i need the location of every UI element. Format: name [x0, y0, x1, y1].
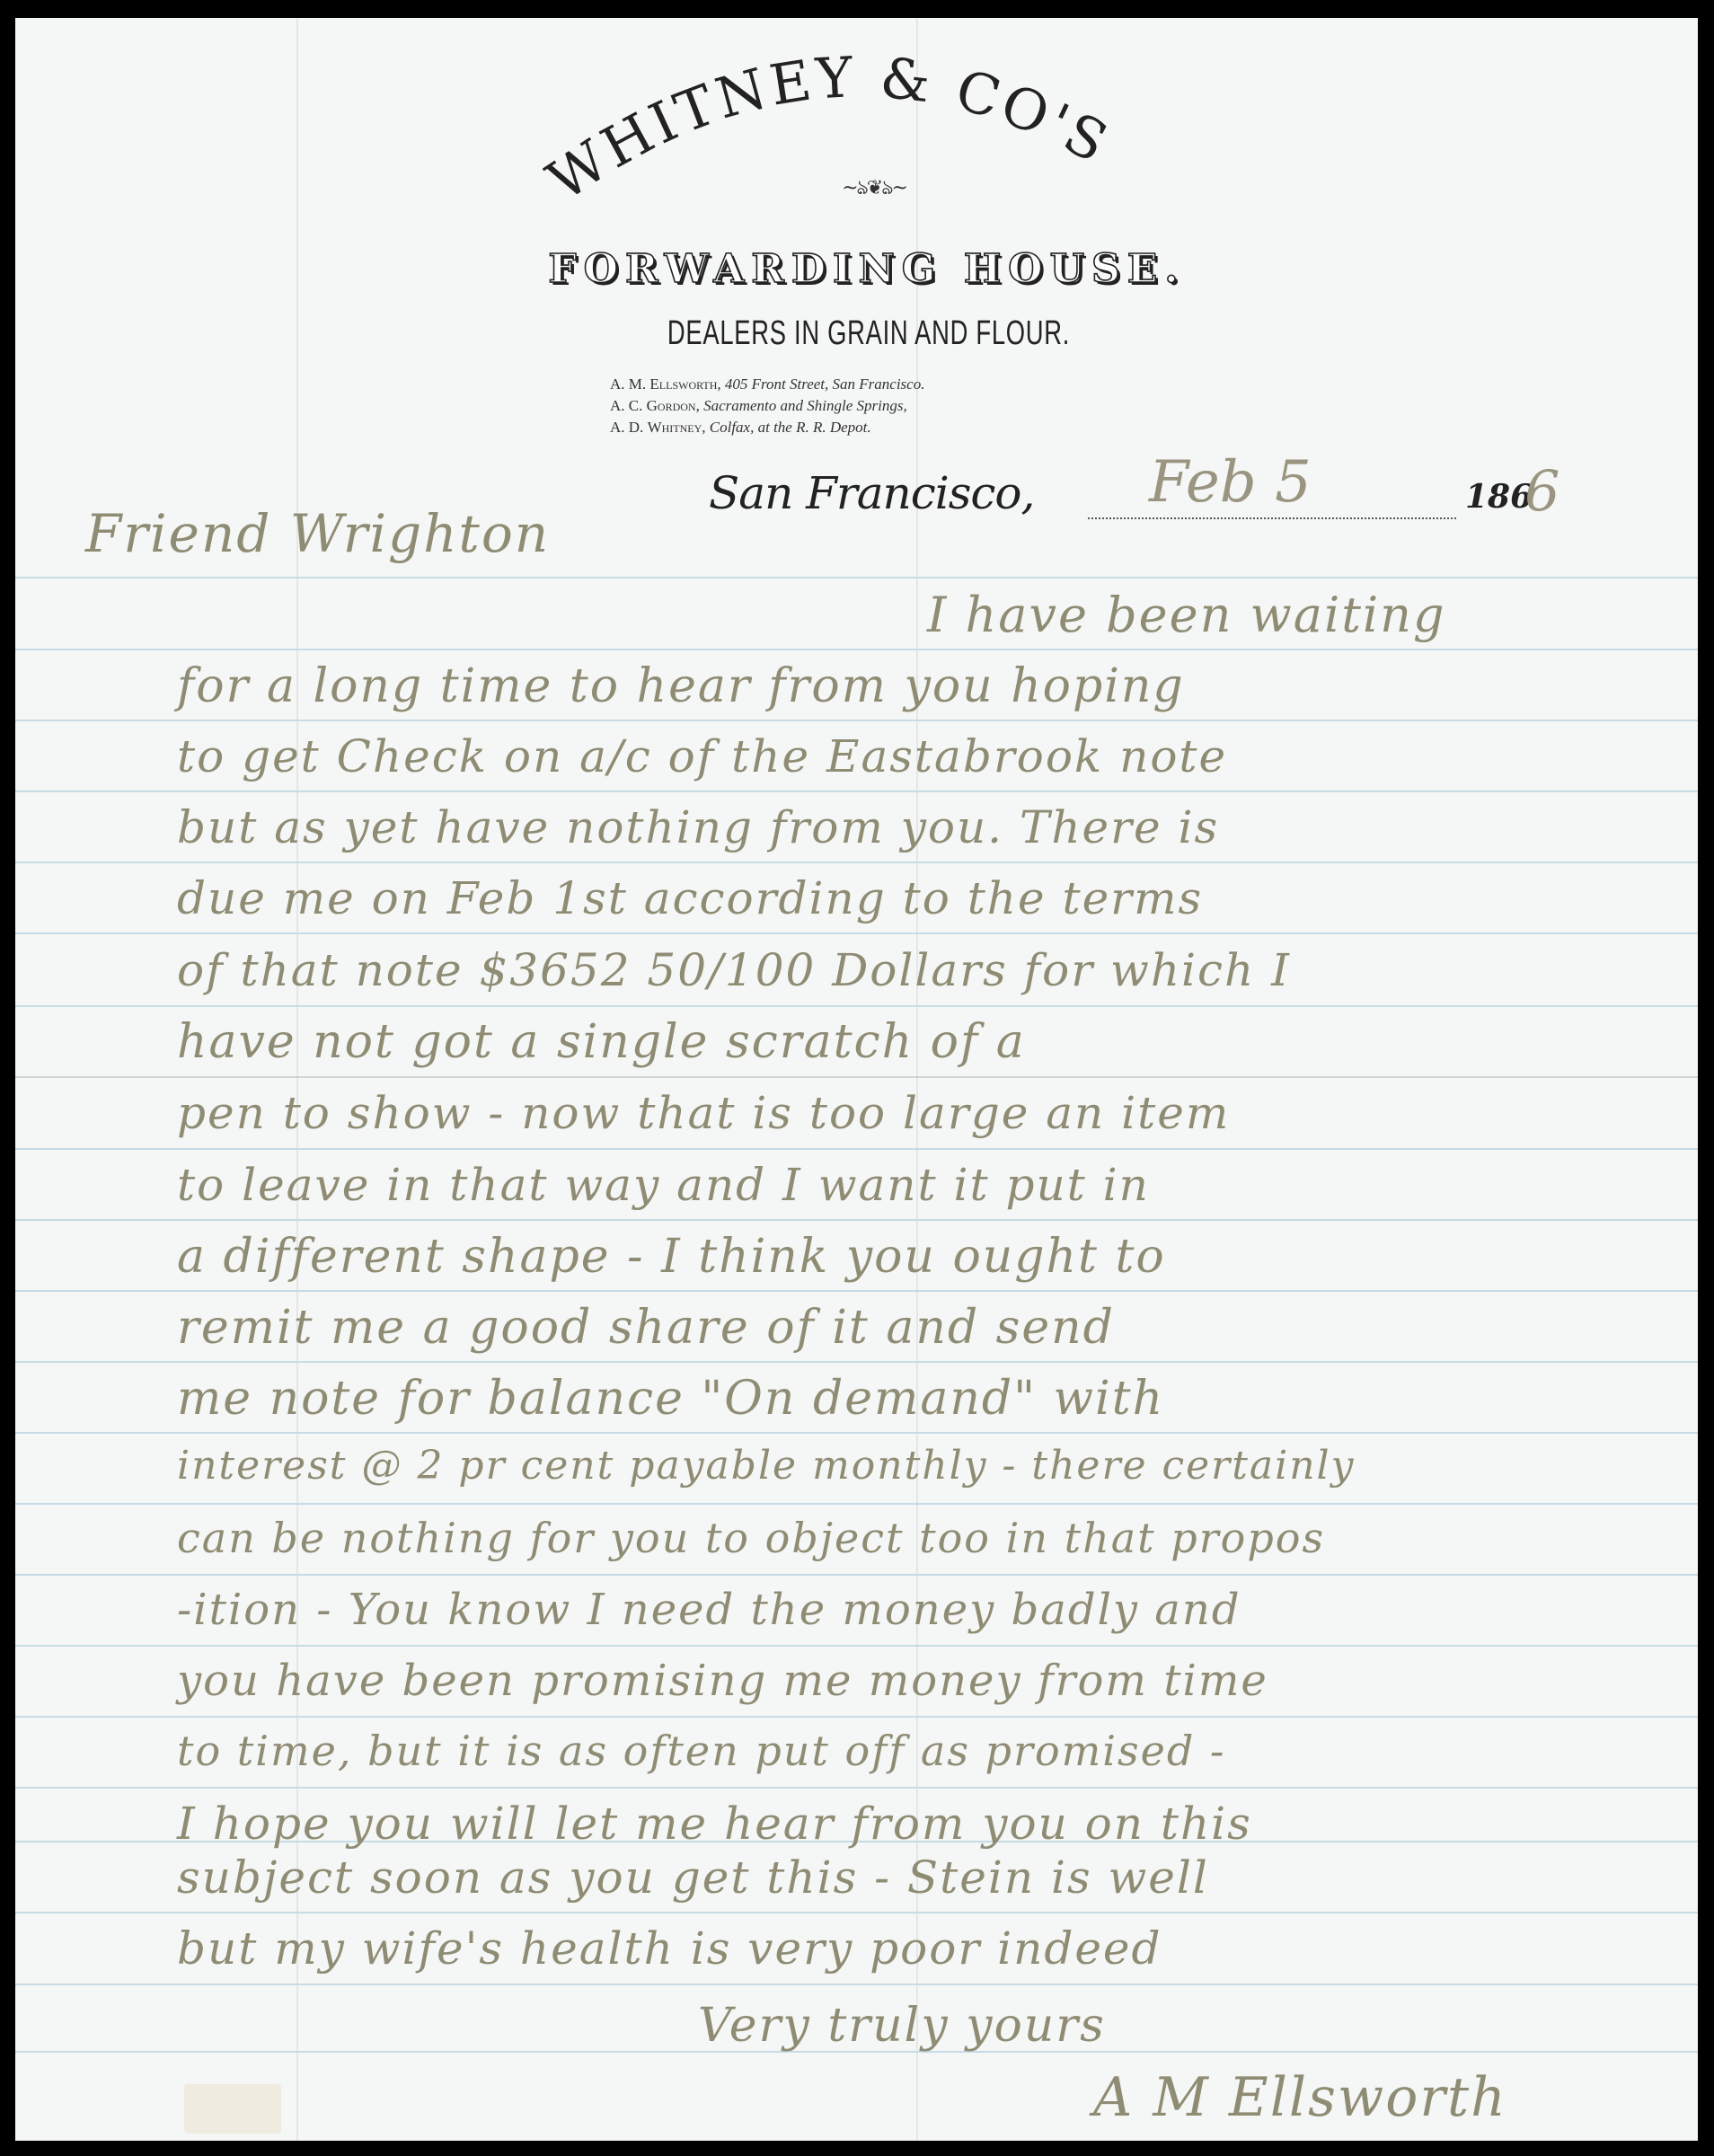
body-line: pen to show - now that is too large an i…	[177, 1087, 1230, 1139]
partner-addresses: A. M. Ellsworth, 405 Front Street, San F…	[610, 374, 1167, 438]
body-line: but as yet have nothing from you. There …	[177, 801, 1219, 853]
partner-line: A. D. Whitney, Colfax, at the R. R. Depo…	[610, 417, 1167, 438]
salutation: Friend Wrighton	[85, 503, 550, 564]
horizontal-fold	[15, 1076, 1698, 1078]
dateline: San Francisco, Feb 5 186 6	[709, 460, 1607, 532]
dateline-year-handwritten: 6	[1524, 458, 1559, 524]
letterhead-subtitle: FORWARDING HOUSE.	[368, 246, 1365, 292]
body-line: for a long time to hear from you hoping	[177, 659, 1185, 713]
date-dotted-line	[1088, 517, 1456, 519]
letter-sheet: WHITNEY & CO'S ~ঌ❦ঌ~ FORWARDING HOUSE. D…	[15, 18, 1698, 2141]
body-line: I have been waiting	[927, 587, 1446, 643]
body-line: to leave in that way and I want it put i…	[177, 1159, 1150, 1211]
body-line: a different shape - I think you ought to	[177, 1230, 1166, 1284]
body-line: you have been promising me money from ti…	[177, 1656, 1268, 1706]
body-line: to get Check on a/c of the Eastabrook no…	[177, 730, 1227, 782]
body-line: have not got a single scratch of a	[177, 1015, 1026, 1069]
body-line: me note for balance "On demand" with	[177, 1372, 1164, 1426]
closing: Very truly yours	[698, 1999, 1106, 2053]
body-line: I hope you will let me hear from you on …	[177, 1798, 1252, 1850]
dateline-year-printed: 186	[1465, 478, 1533, 516]
firm-name-arch: WHITNEY & CO'S	[15, 18, 1698, 252]
body-line: subject soon as you get this - Stein is …	[177, 1851, 1209, 1904]
paper-stain	[184, 2084, 281, 2134]
body-line: due me on Feb 1st according to the terms	[177, 872, 1203, 924]
dateline-date: Feb 5	[1149, 449, 1312, 516]
partner-line: A. C. Gordon, Sacramento and Shingle Spr…	[610, 395, 1167, 417]
body-line: can be nothing for you to object too in …	[177, 1514, 1325, 1562]
body-line: to time, but it is as often put off as p…	[177, 1727, 1225, 1775]
partner-line: A. M. Ellsworth, 405 Front Street, San F…	[610, 374, 1167, 395]
body-line: remit me a good share of it and send	[177, 1301, 1115, 1355]
body-line: interest @ 2 pr cent payable monthly - t…	[177, 1443, 1355, 1489]
letterhead-tagline: DEALERS IN GRAIN AND FLOUR.	[616, 314, 1121, 353]
signature: A M Ellsworth	[1093, 2066, 1507, 2129]
body-line: but my wife's health is very poor indeed	[177, 1922, 1162, 1975]
body-line: of that note $3652 50/100 Dollars for wh…	[177, 944, 1291, 996]
flourish-ornament-icon: ~ঌ❦ঌ~	[829, 172, 919, 206]
body-line: -ition - You know I need the money badly…	[177, 1585, 1241, 1635]
dateline-city: San Francisco,	[709, 467, 1034, 519]
